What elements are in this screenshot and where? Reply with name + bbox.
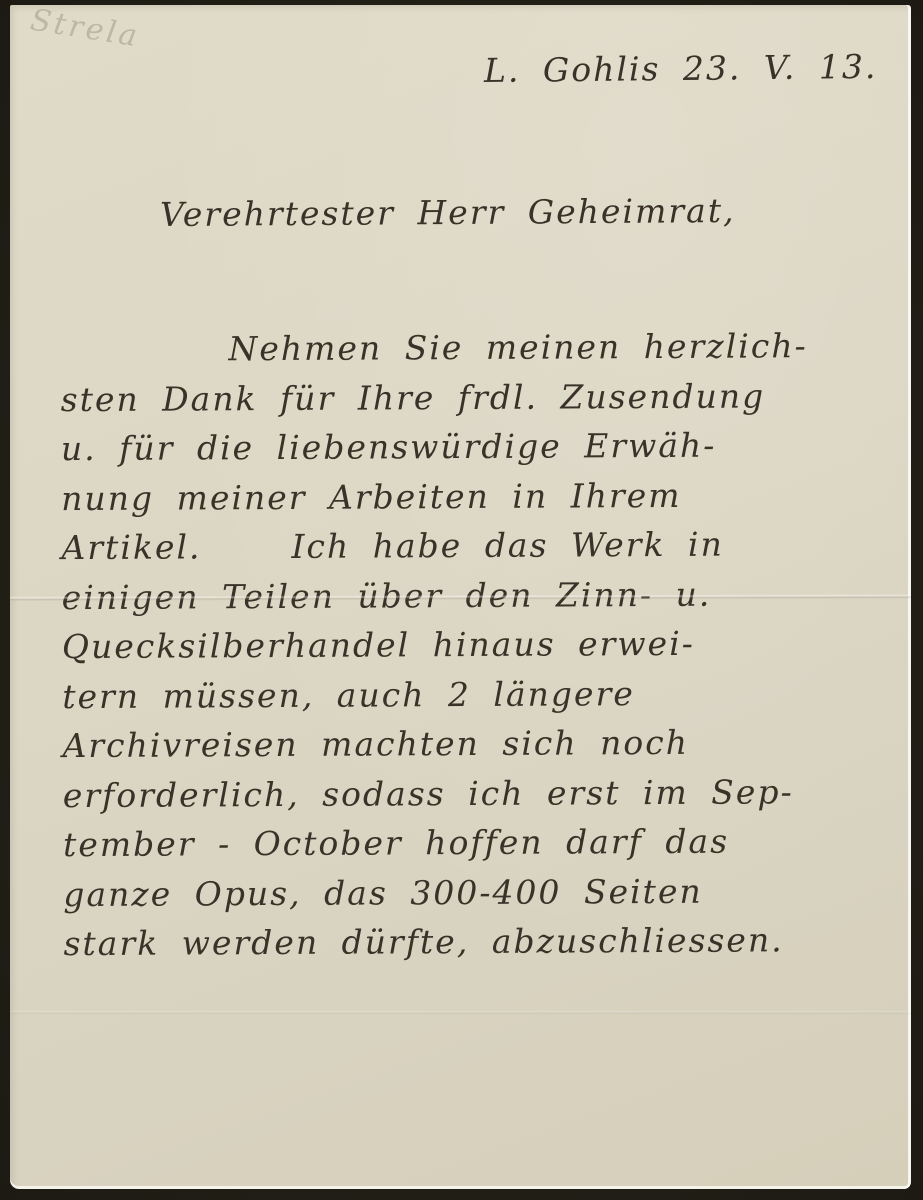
letter-line: stark werden dürfte, abzuschliessen. bbox=[63, 917, 883, 971]
letter-line: tember - October hoffen darf das bbox=[63, 818, 883, 872]
letter-body: Nehmen Sie meinen herzlich-sten Dank für… bbox=[60, 323, 883, 971]
letter-line: Nehmen Sie meinen herzlich- bbox=[60, 323, 880, 377]
letter-line: Quecksilberhandel hinaus erwei- bbox=[62, 620, 882, 674]
salutation: Verehrtester Herr Geheimrat, bbox=[160, 191, 736, 234]
letter-line: tern müssen, auch 2 längere bbox=[62, 669, 882, 723]
letter-line: u. für die liebenswürdige Erwäh- bbox=[61, 422, 881, 476]
letter-page: Strela L. Gohlis 23. V. 13. Verehrtester… bbox=[10, 5, 911, 1189]
letter-line: Archivreisen machten sich noch bbox=[62, 719, 882, 773]
dateline: L. Gohlis 23. V. 13. bbox=[484, 47, 878, 90]
pencil-annotation: Strela bbox=[28, 3, 142, 55]
letter-line: Artikel. Ich habe das Werk in bbox=[61, 521, 881, 575]
letter-line: erforderlich, sodass ich erst im Sep- bbox=[63, 768, 883, 822]
letter-line: sten Dank für Ihre frdl. Zusendung bbox=[61, 372, 881, 426]
fold-crease-faint bbox=[10, 1010, 911, 1015]
letter-line: ganze Opus, das 300-400 Seiten bbox=[63, 867, 883, 921]
letter-line: nung meiner Arbeiten in Ihrem bbox=[61, 471, 881, 525]
